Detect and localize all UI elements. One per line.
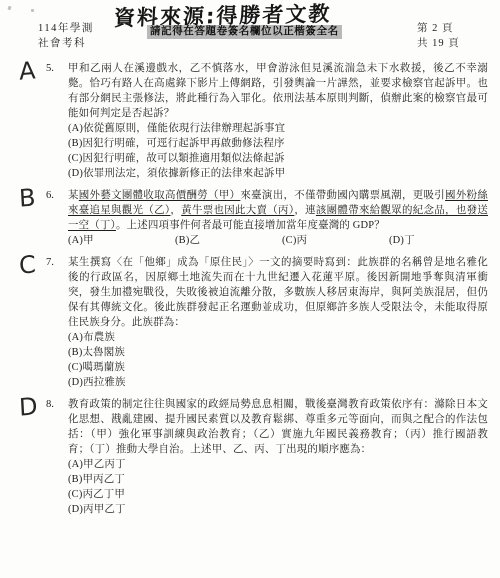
scan-speck	[7, 6, 11, 11]
option-group: (A)依從舊原則，僅能依現行法律辦理起訴事宜 (B)因犯行明確，可逕行起訴甲再啟…	[68, 121, 488, 181]
handwritten-answer-mark: A	[18, 57, 36, 84]
option-c: (C)丙	[282, 233, 389, 248]
option-c: (C)噶瑪蘭族	[68, 360, 488, 375]
question-body: 某國外藝文團體收取高價酬勞（甲）來臺演出，不僅帶動國內購票風潮，更吸引國外粉絲來…	[68, 188, 488, 233]
question-number: 7.	[46, 255, 54, 270]
question-7: C 7. 某生撰寫〈在「他鄉」成為「原住民」〉一文的摘要時寫到：此族群的名稱曾是…	[0, 255, 500, 390]
option-group: (A)甲乙丙丁 (B)甲丙乙丁 (C)丙乙丁甲 (D)丙甲乙丁	[68, 457, 488, 517]
question-5: A 5. 甲和乙兩人在溪邊戲水，乙不慎落水，甲會游泳但見溪流湍急未下水救援，後乙…	[0, 61, 500, 181]
scan-speck	[31, 9, 34, 12]
question-8: D 8. 教育政策的制定往往與國家的政經局勢息息相關，戰後臺灣教育政策依序有：滌…	[0, 397, 500, 517]
question-body: 甲和乙兩人在溪邊戲水，乙不慎落水，甲會游泳但見溪流湍急未下水救援，後乙不幸溺斃。…	[68, 61, 488, 121]
option-b: (B)太魯閣族	[68, 345, 488, 360]
question-body: 教育政策的制定往往與國家的政經局勢息息相關，戰後臺灣教育政策依序有：滌除日本文化…	[68, 397, 488, 457]
question-number: 6.	[46, 188, 54, 203]
signature-notice: 請記得在答題卷簽名欄位以正楷簽全名	[147, 25, 342, 39]
question-body: 某生撰寫〈在「他鄉」成為「原住民」〉一文的摘要時寫到：此族群的名稱曾是地名雅化後…	[68, 255, 488, 330]
handwritten-answer-mark: C	[18, 251, 36, 278]
page-total: 共 19 頁	[417, 36, 460, 51]
option-a: (A)依從舊原則，僅能依現行法律辦理起訴事宜	[68, 121, 488, 136]
exam-page: 資料來源:得勝者文教 114年學測 社會考科 請記得在答題卷簽名欄位以正楷簽全名…	[0, 0, 500, 578]
underlined-segment: 黃牛票也因此大賣（丙）	[181, 205, 294, 216]
question-text-segment: 某生撰寫〈在「他鄉」成為「原住民」〉一文的摘要時寫到：此族群的名稱曾是地名雅化後…	[68, 257, 488, 328]
option-group: (A)布農族 (B)太魯閣族 (C)噶瑪蘭族 (D)西拉雅族	[68, 330, 488, 390]
subject-label: 社會考科	[38, 36, 94, 51]
underlined-segment: 國外藝文團體收取高價酬勞（甲）	[79, 190, 241, 201]
handwritten-answer-mark: B	[18, 184, 36, 211]
option-c: (C)丙乙丁甲	[68, 487, 488, 502]
question-text-segment: 甲和乙兩人在溪邊戲水，乙不慎落水，甲會游泳但見溪流湍急未下水救援，後乙不幸溺斃。…	[68, 63, 488, 119]
handwritten-answer-mark: D	[18, 393, 38, 421]
question-6: B 6. 某國外藝文團體收取高價酬勞（甲）來臺演出，不僅帶動國內購票風潮，更吸引…	[0, 188, 500, 248]
question-text-segment: 教育政策的制定往往與國家的政經局勢息息相關，戰後臺灣教育政策依序有：滌除日本文化…	[68, 399, 488, 455]
question-number: 5.	[46, 61, 54, 76]
question-text-segment: 某	[68, 190, 79, 201]
option-b: (B)甲丙乙丁	[68, 472, 488, 487]
question-number: 8.	[46, 397, 54, 412]
option-d: (D)丁	[389, 233, 496, 248]
option-a: (A)布農族	[68, 330, 488, 345]
option-b: (B)因犯行明確，可逕行起訴甲再啟動修法程序	[68, 136, 488, 151]
question-text-segment: ，	[170, 205, 181, 216]
option-group: (A)甲 (B)乙 (C)丙 (D)丁	[68, 233, 488, 248]
header-page-indicator: 第 2 頁 共 19 頁	[417, 21, 460, 51]
question-text-segment: 。上述四項事件何者最可能直接增加當年度臺灣的 GDP？	[116, 220, 385, 231]
option-d: (D)丙甲乙丁	[68, 502, 488, 517]
option-a: (A)甲乙丙丁	[68, 457, 488, 472]
exam-year-label: 114年學測	[38, 21, 94, 36]
option-a: (A)甲	[68, 233, 175, 248]
question-list: A 5. 甲和乙兩人在溪邊戲水，乙不慎落水，甲會游泳但見溪流湍急未下水救援，後乙…	[0, 61, 500, 524]
question-text-segment: 來臺演出，不僅帶動國內購票風潮，更吸引	[240, 190, 445, 201]
header-exam-info: 114年學測 社會考科	[38, 21, 94, 51]
option-d: (D)依罪刑法定，須依據新修正的法律來起訴甲	[68, 166, 488, 181]
question-text-segment: ，連	[294, 205, 316, 216]
option-c: (C)因犯行明確，故可以類推適用類似法條起訴	[68, 151, 488, 166]
page-number: 第 2 頁	[417, 21, 460, 36]
option-b: (B)乙	[175, 233, 282, 248]
option-d: (D)西拉雅族	[68, 375, 488, 390]
